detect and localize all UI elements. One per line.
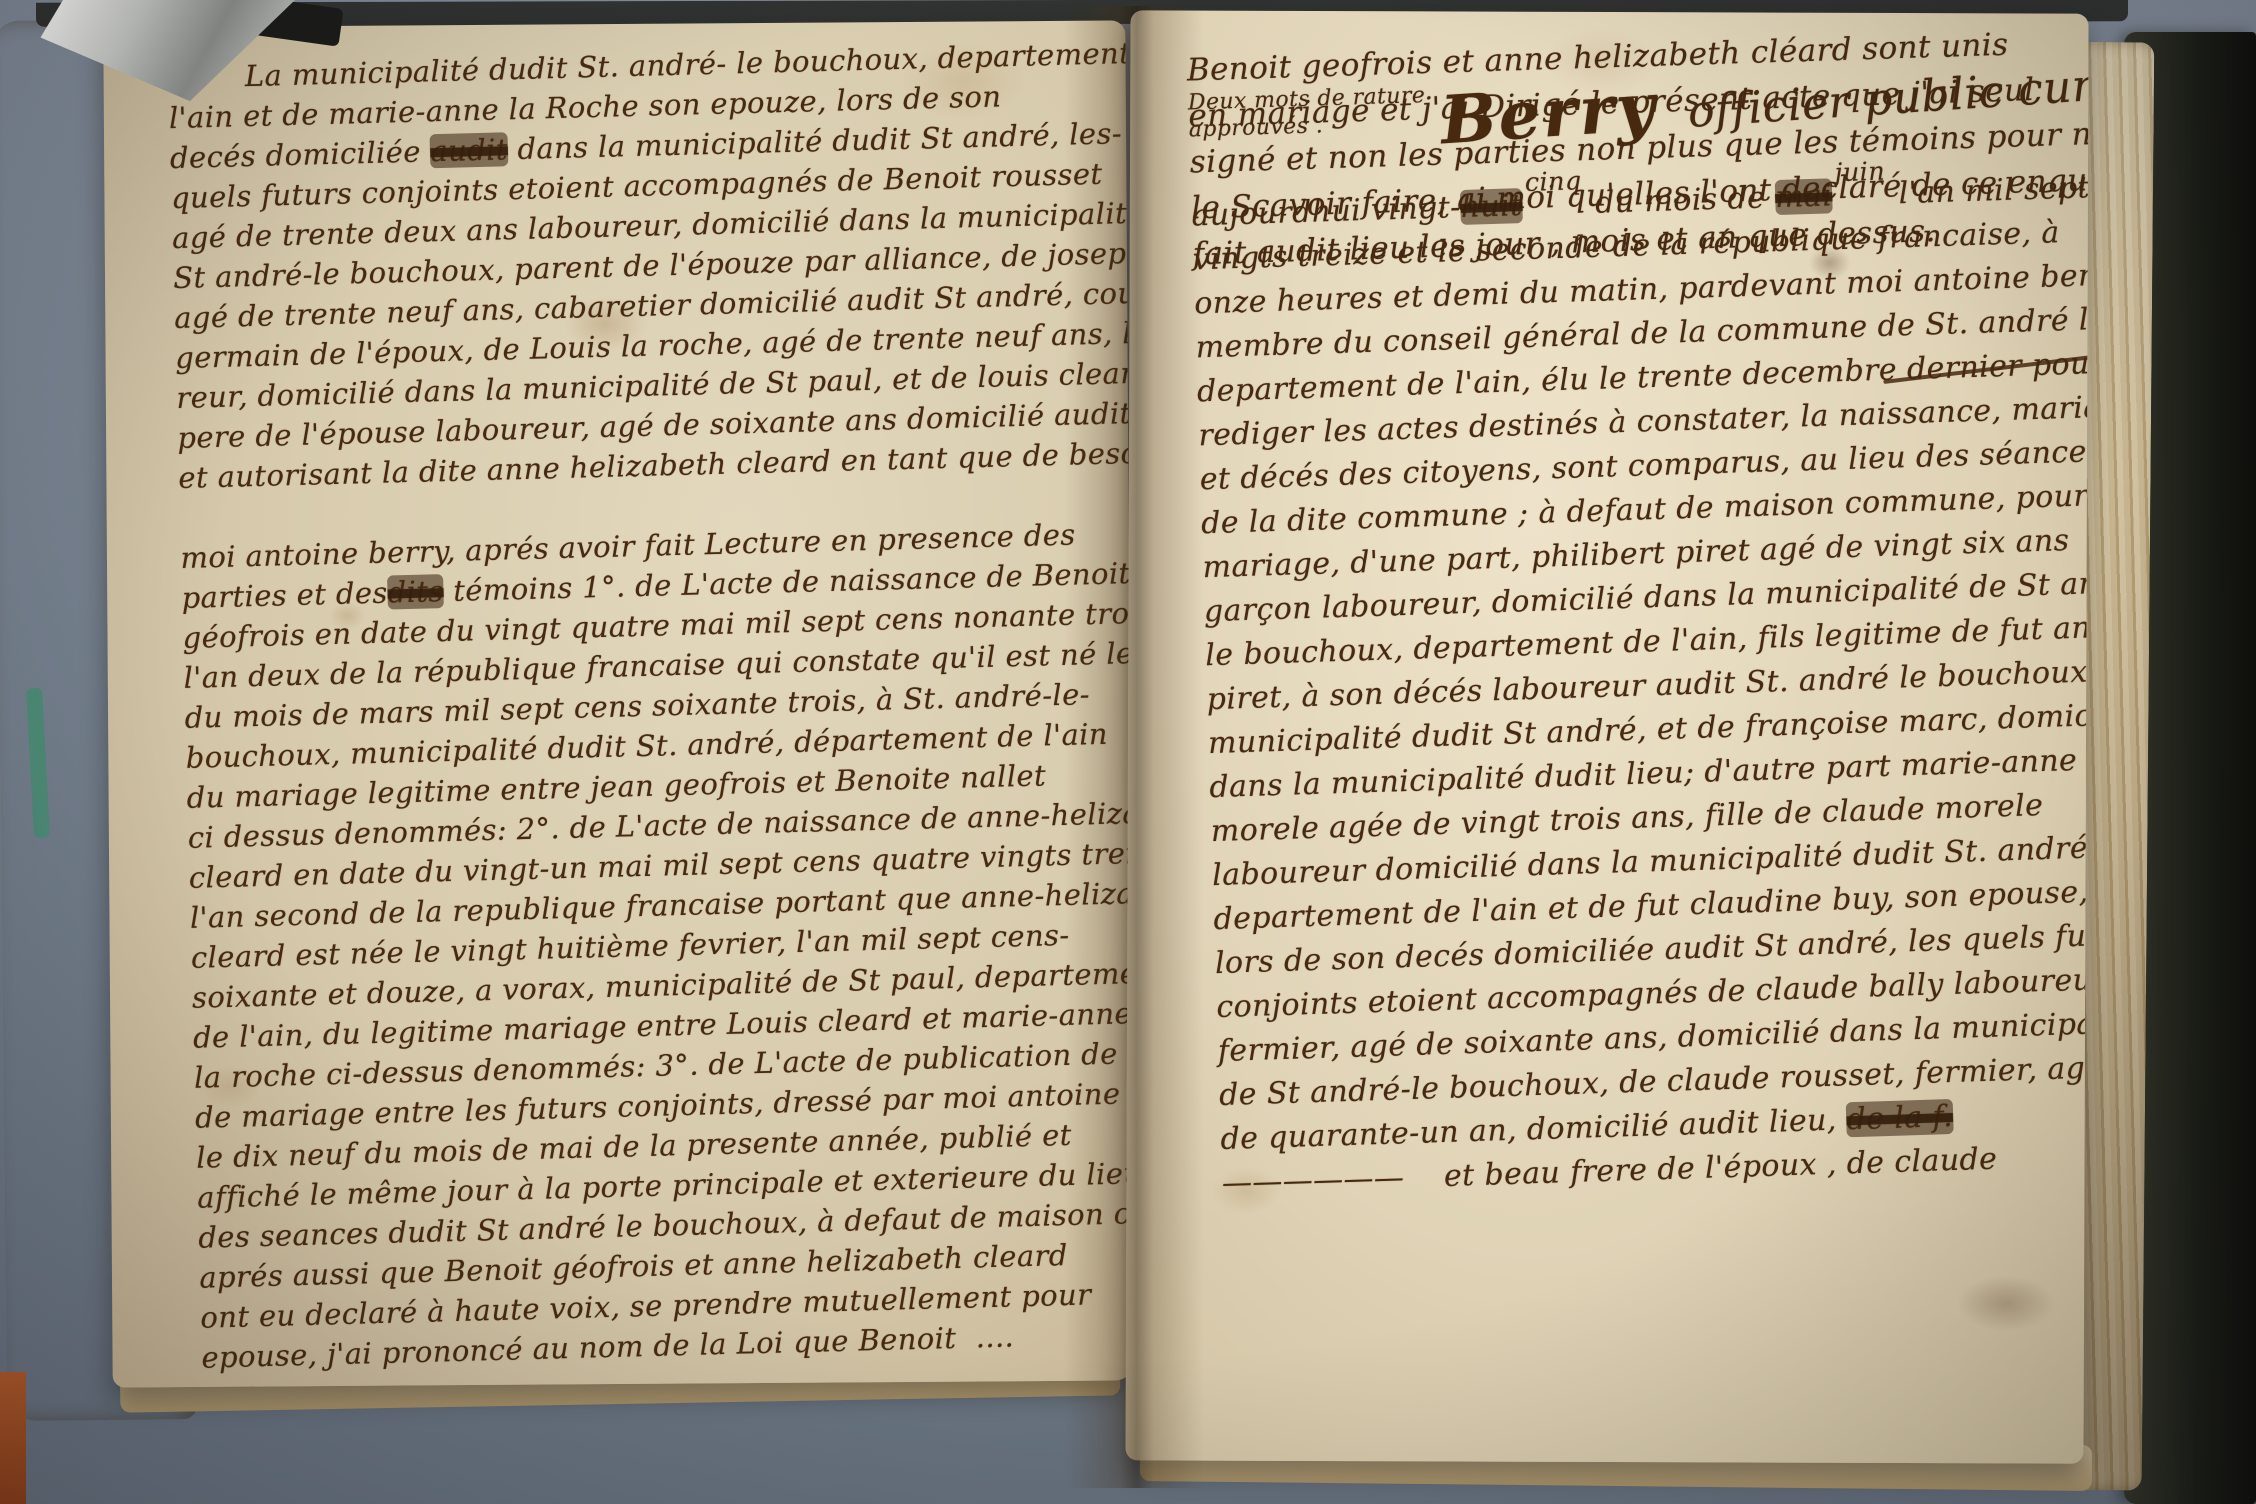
signature: Berry officier public curé — [1438, 36, 2088, 159]
text-segment: mai — [1775, 178, 1833, 215]
photo-scene: La municipalité dudit St. andré- le bouc… — [0, 0, 2256, 1504]
text-segment: huit — [1460, 188, 1523, 225]
text-segment: dits — [387, 574, 444, 609]
left-page-text: La municipalité dudit St. andré- le bouc… — [168, 36, 1135, 1380]
text-segment: de la f. — [1846, 1099, 1953, 1137]
text-segment: parties et des — [181, 576, 388, 615]
right-page-text: Benoit geofrois et anne helizabeth cléar… — [1186, 25, 2075, 173]
act-paragraph: aujourdhui vingt-huitcinq du mois de mai… — [1191, 164, 2089, 1210]
margin-note: Deux mots de rature approuvés . — [1188, 82, 1442, 144]
signature-name: Berry — [1438, 67, 1658, 159]
text-segment: du mois de — [1585, 180, 1776, 221]
text-segment: aujourdhui vingt- — [1191, 190, 1461, 233]
right-page: Benoit geofrois et anne helizabeth cléar… — [1125, 10, 2088, 1463]
signature-title: officier public curé — [1686, 58, 2088, 138]
text-segment: audit — [430, 132, 508, 168]
left-page: La municipalité dudit St. andré- le bouc… — [103, 20, 1134, 1387]
orange-object — [0, 1372, 26, 1504]
text-segment: cinq — [1524, 166, 1582, 198]
text-segment: decés domiciliée — [170, 134, 431, 175]
text-segment: juin — [1834, 157, 1885, 189]
